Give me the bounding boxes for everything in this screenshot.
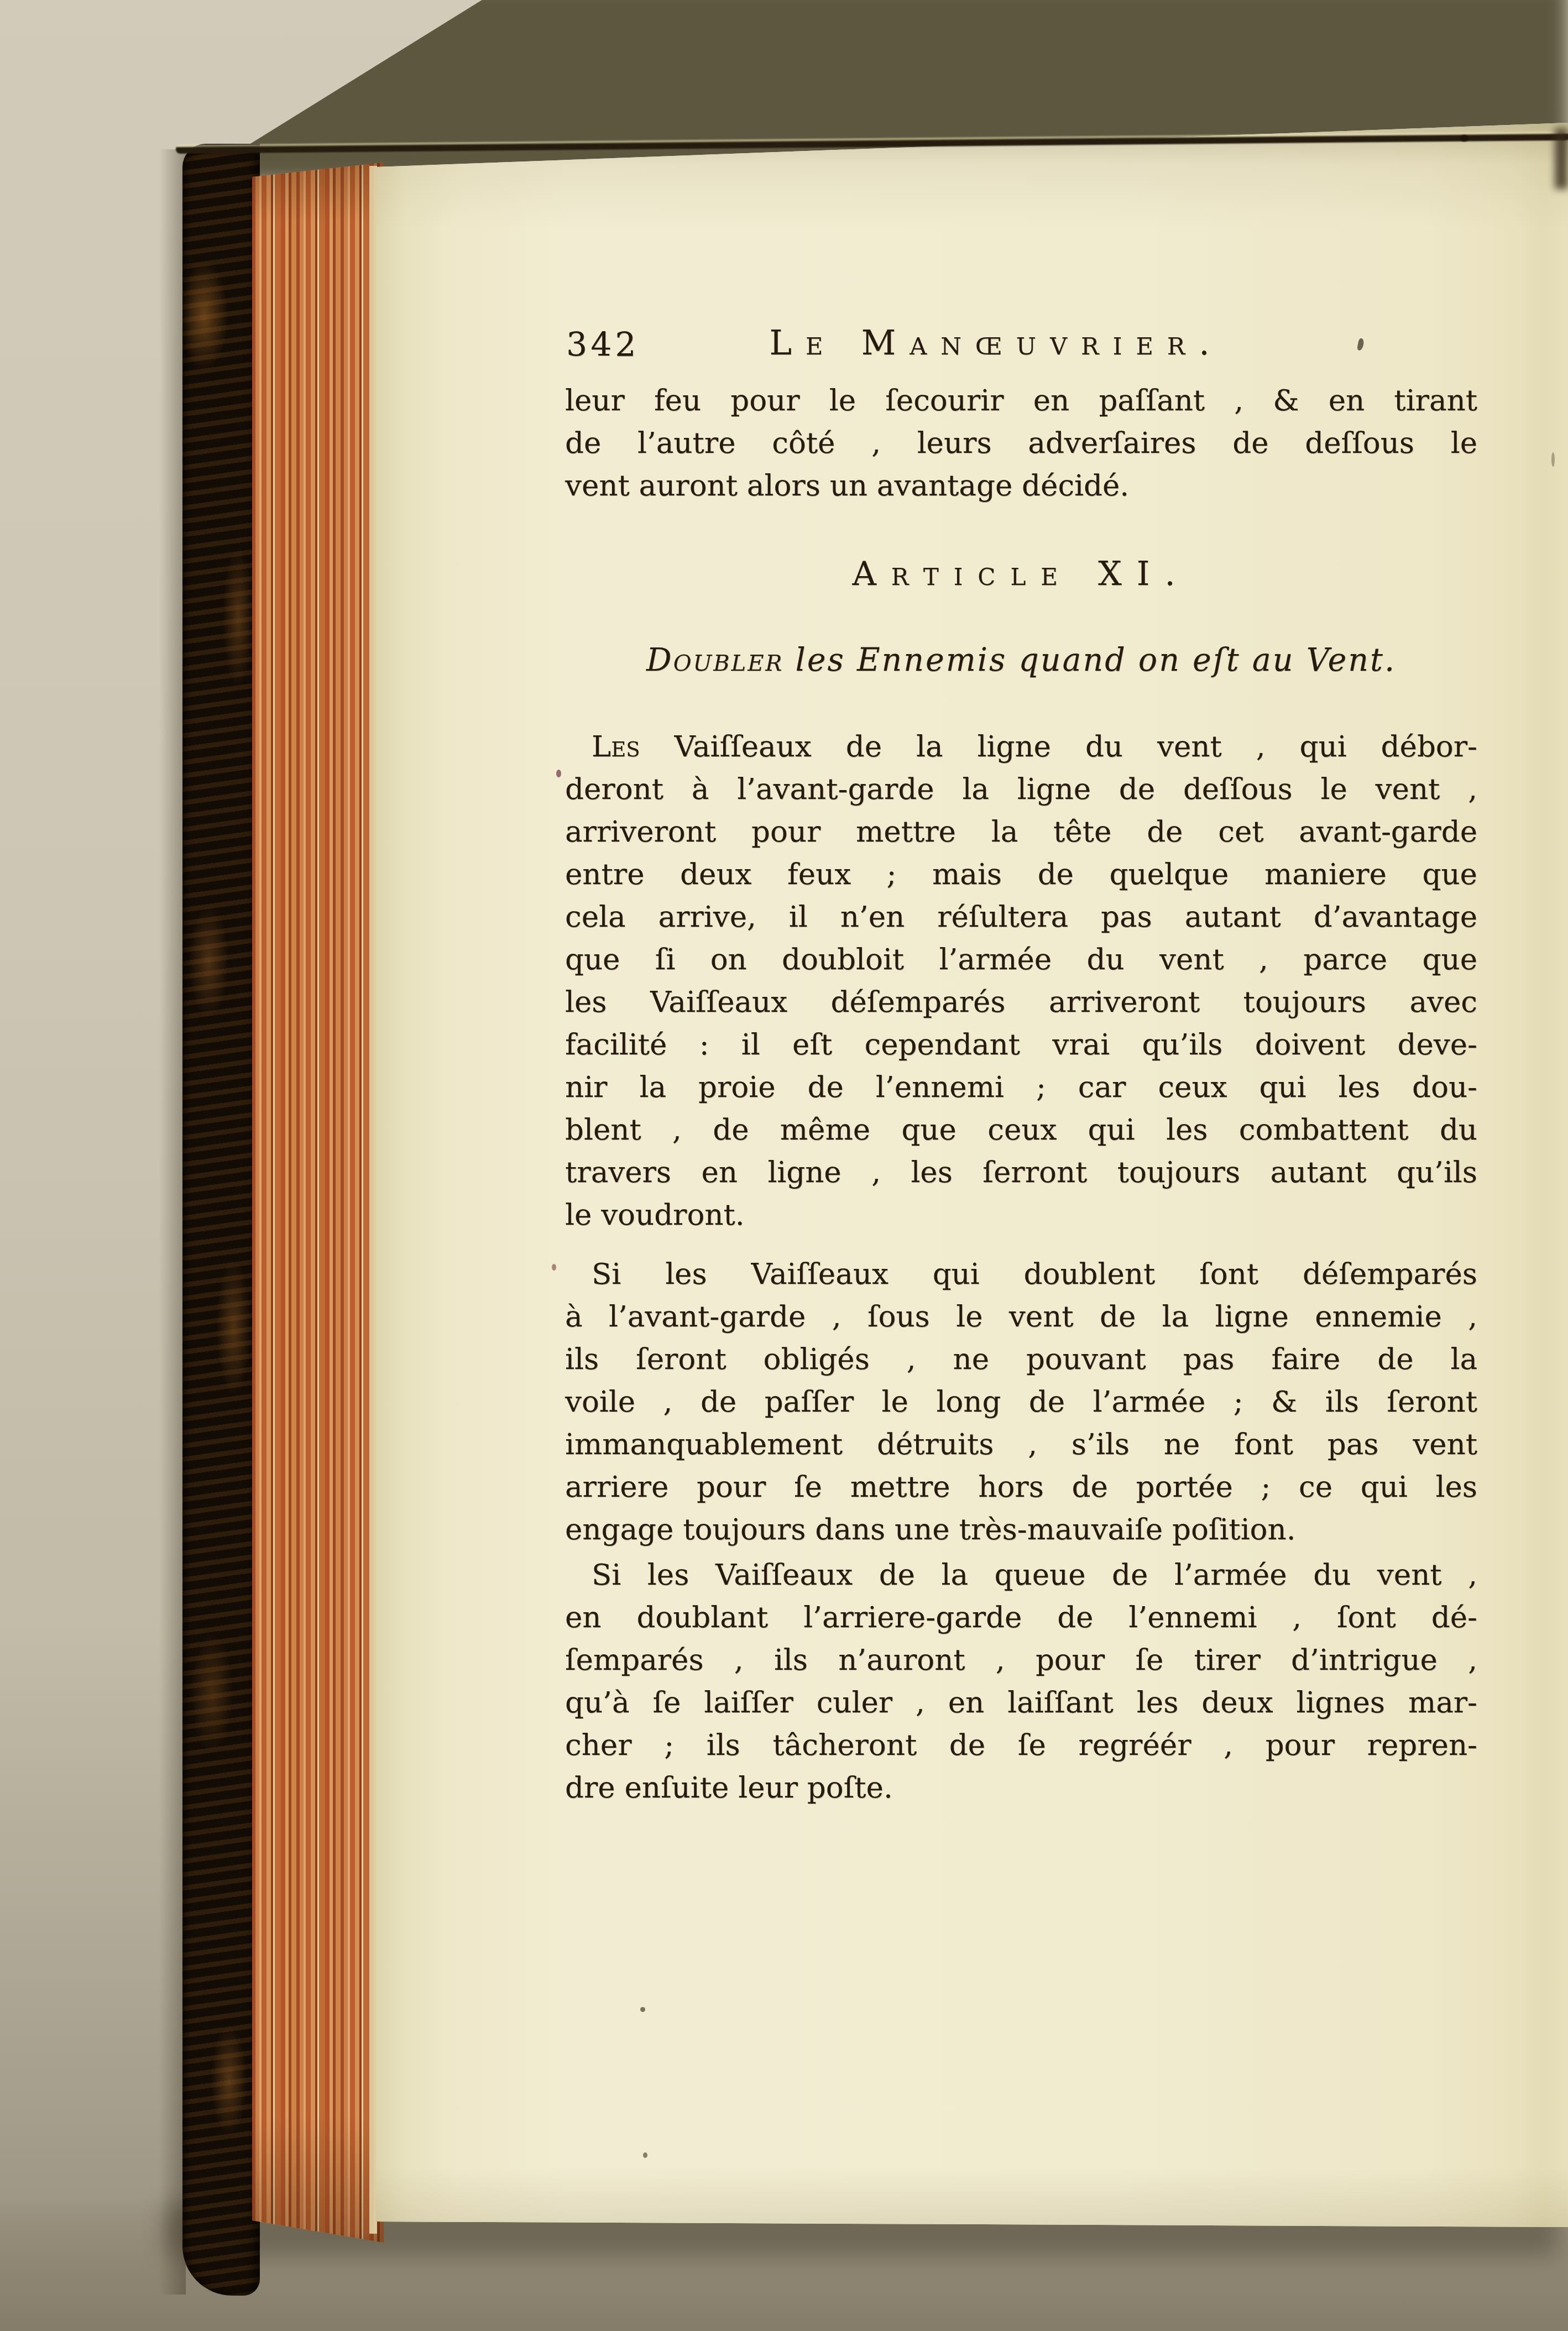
text-line: Si les Vaiſſeaux de la queue de l’armée …: [565, 1554, 1477, 1596]
spine-contact-shadow: [159, 149, 186, 2295]
text-line: nir la proie de l’ennemi ; car ceux qui …: [565, 1066, 1477, 1109]
scan-edge-smudge: [1555, 128, 1568, 189]
text-line: le voudront.: [565, 1194, 1477, 1236]
text-line: facilité : il eſt cependant vrai qu’ils …: [565, 1023, 1477, 1066]
paragraph: Si les Vaiſſeaux de la queue de l’armée …: [565, 1554, 1477, 1809]
article-heading: Article XI.: [565, 553, 1477, 595]
text-line: ſemparés , ils n’auront , pour ſe tirer …: [565, 1639, 1477, 1681]
text-line: leur feu pour le ſecourir en paſſant , &…: [565, 379, 1477, 422]
page-header: 342 Le Manœuvrier.: [565, 324, 1477, 368]
page-edge-sliver: [369, 166, 377, 2234]
ink-speck: [552, 1264, 556, 1271]
text-line: cher ; ils tâcheront de ſe regréér , pou…: [565, 1724, 1477, 1766]
ink-speck: [1551, 452, 1555, 467]
text-line: vent auront alors un avantage décidé.: [565, 464, 1477, 507]
text-line: les Vaiſſeaux déſemparés arriveront touj…: [565, 981, 1477, 1023]
ink-speck: [556, 770, 561, 777]
text-line: immanquablement détruits , s’ils ne font…: [565, 1423, 1477, 1466]
subtitle-rest: les Ennemis quand on eſt au Vent.: [783, 642, 1396, 678]
text-line: en doublant l’arriere-garde de l’ennemi …: [565, 1596, 1477, 1639]
text-line: ils ſeront obligés , ne pouvant pas fair…: [565, 1338, 1477, 1381]
text-line: à l’avant-garde , ſous le vent de la lig…: [565, 1295, 1477, 1338]
text-line: Les Vaiſſeaux de la ligne du vent , qui …: [565, 725, 1477, 768]
text-line: Si les Vaiſſeaux qui doublent ſont déſem…: [565, 1253, 1477, 1295]
text-line: travers en ligne , les ſerront toujours …: [565, 1151, 1477, 1194]
text-line: deront à l’avant-garde la ligne de deſſo…: [565, 768, 1477, 811]
subtitle-lead: Doubler: [646, 642, 783, 678]
paragraph: Les Vaiſſeaux de la ligne du vent , qui …: [565, 725, 1477, 1236]
text-line: dre enſuite leur poſte.: [565, 1766, 1477, 1809]
text-line: de l’autre côté , leurs adverſaires de d…: [565, 422, 1477, 464]
text-line: voile , de paſſer le long de l’armée ; &…: [565, 1381, 1477, 1423]
paragraph: Si les Vaiſſeaux qui doublent ſont déſem…: [565, 1253, 1477, 1551]
text-line: engage toujours dans une très-mauvaiſe p…: [565, 1508, 1477, 1551]
text-line: arriveront pour mettre la tête de cet av…: [565, 811, 1477, 853]
text-line: que ſi on doubloit l’armée du vent , par…: [565, 938, 1477, 981]
running-title: Le Manœuvrier.: [769, 322, 1223, 364]
page-text: 342 Le Manœuvrier. leur feu pour le ſeco…: [565, 0, 1477, 2331]
text-line: entre deux feux ; mais de quelque manier…: [565, 853, 1477, 896]
text-line: blent , de même que ceux qui les combatt…: [565, 1109, 1477, 1151]
page-fore-edges: [252, 160, 384, 2243]
text-line: cela arrive, il n’en réſultera pas autan…: [565, 896, 1477, 938]
paragraph-lead: Les: [592, 730, 640, 764]
article-subtitle: Doubler les Ennemis quand on eſt au Vent…: [565, 639, 1477, 682]
paragraph: leur feu pour le ſecourir en paſſant , &…: [565, 379, 1477, 507]
text-line: qu’à ſe laiſſer culer , en laiſſant les …: [565, 1681, 1477, 1724]
scanned-book-photo: 342 Le Manœuvrier. leur feu pour le ſeco…: [0, 0, 1568, 2331]
page-number: 342: [566, 324, 640, 367]
text-line: arriere pour ſe mettre hors de portée ; …: [565, 1466, 1477, 1508]
book-cover-leather: [182, 144, 260, 2296]
